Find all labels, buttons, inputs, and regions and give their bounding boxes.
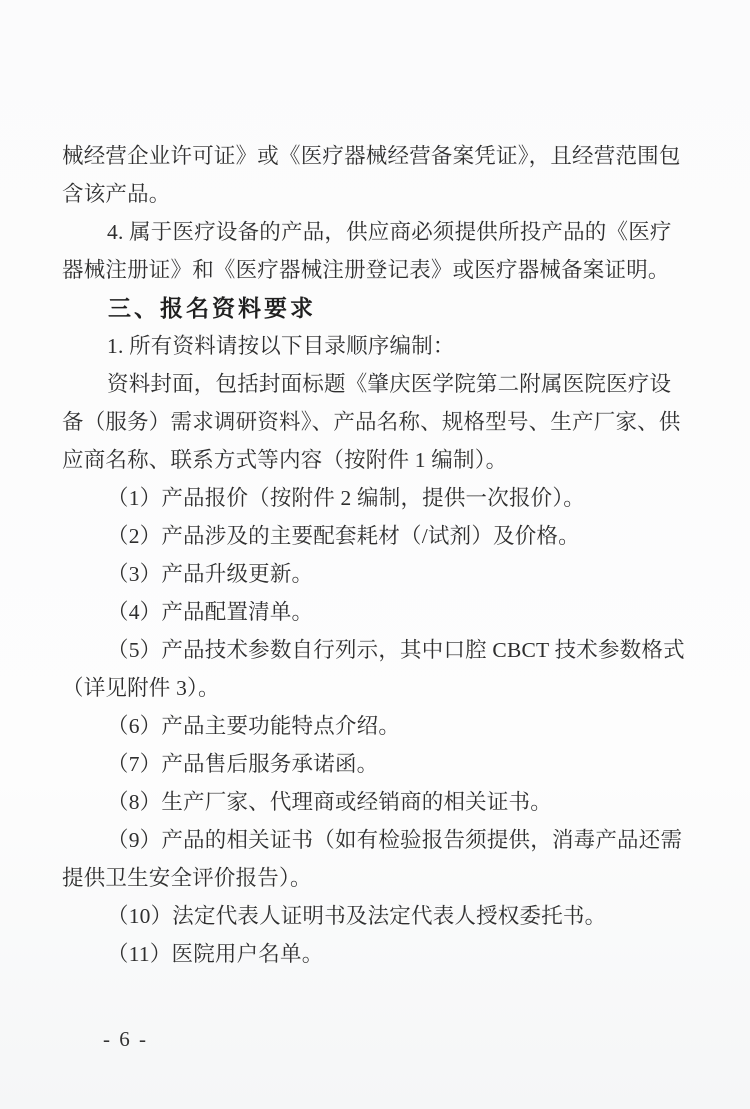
text-line: 提供卫生安全评价报告）。: [62, 859, 702, 897]
list-item-4: （4）产品配置清单。: [62, 593, 702, 631]
list-item-5: （5）产品技术参数自行列示，其中口腔 CBCT 技术参数格式: [62, 631, 702, 669]
document-body: 械经营企业许可证》或《医疗器械经营备案凭证》，且经营范围包 含该产品。 4. 属…: [62, 137, 702, 973]
text-line: 1. 所有资料请按以下目录顺序编制：: [62, 327, 702, 365]
list-item-1: （1）产品报价（按附件 2 编制，提供一次报价）。: [62, 479, 702, 517]
list-item-3: （3）产品升级更新。: [62, 555, 702, 593]
text-line: （详见附件 3）。: [62, 669, 702, 707]
text-line: 械经营企业许可证》或《医疗器械经营备案凭证》，且经营范围包: [62, 137, 702, 175]
list-item-2: （2）产品涉及的主要配套耗材（/试剂）及价格。: [62, 517, 702, 555]
text-line: 资料封面，包括封面标题《肇庆医学院第二附属医院医疗设: [62, 365, 702, 403]
list-item-8: （8）生产厂家、代理商或经销商的相关证书。: [62, 783, 702, 821]
text-line: 备（服务）需求调研资料》、产品名称、规格型号、生产厂家、供: [62, 403, 702, 441]
page-number: - 6 -: [103, 1027, 148, 1052]
text-line: 含该产品。: [62, 175, 702, 213]
list-item-11: （11）医院用户名单。: [62, 935, 702, 973]
text-line: 应商名称、联系方式等内容（按附件 1 编制）。: [62, 441, 702, 479]
text-line: 器械注册证》和《医疗器械注册登记表》或医疗器械备案证明。: [62, 251, 702, 289]
list-item-9: （9）产品的相关证书（如有检验报告须提供，消毒产品还需: [62, 821, 702, 859]
document-page: 械经营企业许可证》或《医疗器械经营备案凭证》，且经营范围包 含该产品。 4. 属…: [0, 0, 750, 1109]
list-item-10: （10）法定代表人证明书及法定代表人授权委托书。: [62, 897, 702, 935]
text-line: 4. 属于医疗设备的产品，供应商必须提供所投产品的《医疗: [62, 213, 702, 251]
list-item-6: （6）产品主要功能特点介绍。: [62, 707, 702, 745]
section-heading: 三、报名资料要求: [62, 289, 702, 327]
list-item-7: （7）产品售后服务承诺函。: [62, 745, 702, 783]
